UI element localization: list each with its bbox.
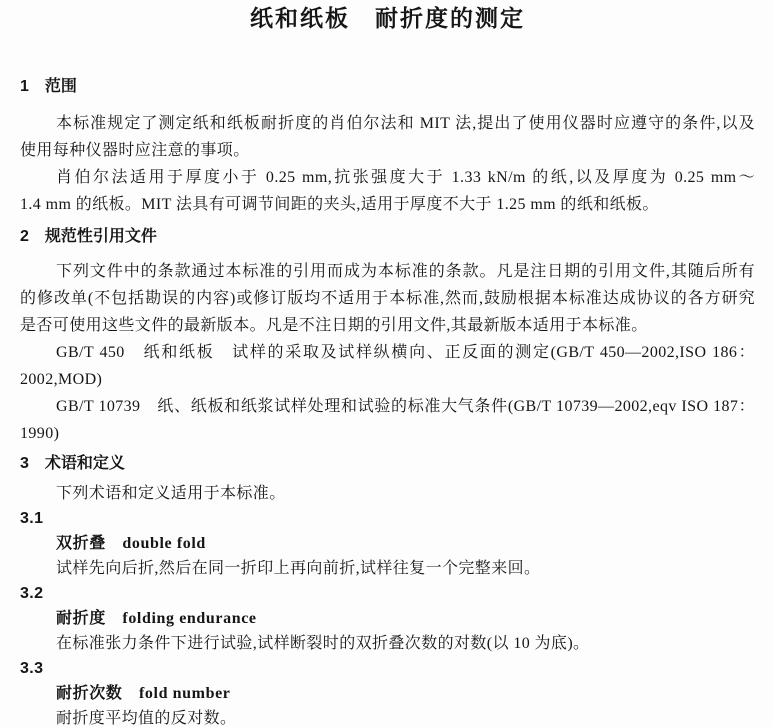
- text-line: 本标准规定了测定纸和纸板耐折度的肖伯尔法和 MIT 法,提出了使用仪器时应遵守的…: [20, 110, 755, 137]
- term-name: 双折叠 double fold: [20, 531, 755, 556]
- document-title: 纸和纸板 耐折度的测定: [20, 0, 755, 32]
- text-line: 是否可使用这些文件的最新版本。凡是不注日期的引用文件,其最新版本适用于本标准。: [20, 312, 755, 339]
- section-terms-heading: 3 术语和定义: [20, 455, 755, 473]
- term-number: 3.2: [20, 581, 755, 606]
- section-scope-heading: 1 范围: [20, 78, 755, 96]
- text-line: 的修改单(不包括勘误的内容)或修订版均不适用于本标准,然而,鼓励根据本标准达成协…: [20, 285, 755, 312]
- reference-item-line: GB/T 450 纸和纸板 试样的采取及试样纵横向、正反面的测定(GB/T 45…: [20, 339, 755, 366]
- document-page: 纸和纸板 耐折度的测定 1 范围 本标准规定了测定纸和纸板耐折度的肖伯尔法和 M…: [0, 0, 773, 727]
- term-definition: 试样先向后折,然后在同一折印上再向前折,试样往复一个完整来回。: [20, 556, 755, 581]
- terms-intro-line: 下列术语和定义适用于本标准。: [20, 481, 755, 506]
- section-references-body: 下列文件中的条款通过本标准的引用而成为本标准的条款。凡是注日期的引用文件,其随后…: [20, 258, 755, 447]
- section-references-heading: 2 规范性引用文件: [20, 228, 755, 246]
- section-terms-body: 下列术语和定义适用于本标准。 3.1 双折叠 double fold 试样先向后…: [20, 481, 755, 727]
- text-line: 肖伯尔法适用于厚度小于 0.25 mm,抗张强度大于 1.33 kN/m 的纸,…: [20, 164, 755, 191]
- term-number: 3.1: [20, 506, 755, 531]
- term-definition: 耐折度平均值的反对数。: [20, 706, 755, 727]
- section-scope-body: 本标准规定了测定纸和纸板耐折度的肖伯尔法和 MIT 法,提出了使用仪器时应遵守的…: [20, 110, 755, 218]
- reference-item-line: 1990): [20, 420, 755, 447]
- text-line: 使用每种仪器时应注意的事项。: [20, 137, 755, 164]
- text-line: 下列文件中的条款通过本标准的引用而成为本标准的条款。凡是注日期的引用文件,其随后…: [20, 258, 755, 285]
- text-line: 1.4 mm 的纸板。MIT 法具有可调节间距的夹头,适用于厚度不大于 1.25…: [20, 191, 755, 218]
- term-number: 3.3: [20, 656, 755, 681]
- term-name: 耐折次数 fold number: [20, 681, 755, 706]
- reference-item-line: GB/T 10739 纸、纸板和纸浆试样处理和试验的标准大气条件(GB/T 10…: [20, 393, 755, 420]
- term-name: 耐折度 folding endurance: [20, 606, 755, 631]
- reference-item-line: 2002,MOD): [20, 366, 755, 393]
- term-definition: 在标准张力条件下进行试验,试样断裂时的双折叠次数的对数(以 10 为底)。: [20, 631, 755, 656]
